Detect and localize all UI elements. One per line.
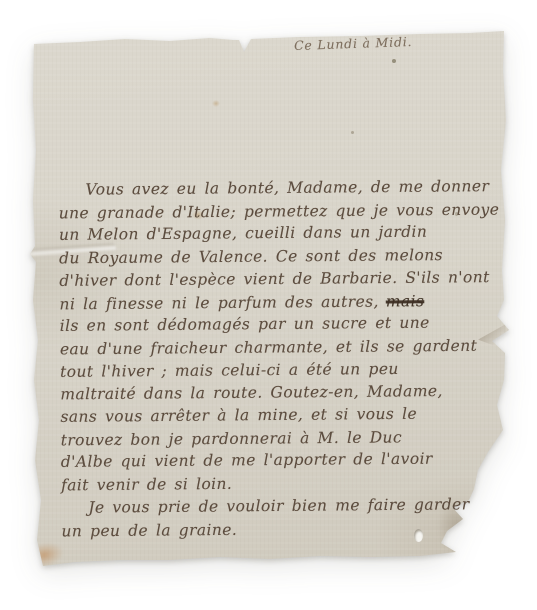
fold-crease bbox=[28, 243, 116, 258]
ink-speck bbox=[455, 212, 458, 216]
torn-corner-shadow bbox=[438, 500, 476, 552]
edge-tear-shadow bbox=[478, 324, 506, 350]
corner-stain bbox=[22, 539, 66, 571]
photo-canvas: Ce Lundi à Midi. Vous avez eu la bonté, … bbox=[0, 0, 537, 610]
foxing-spot bbox=[192, 210, 204, 220]
ink-speck bbox=[392, 59, 396, 63]
ink-speck bbox=[351, 131, 354, 134]
paper-hole bbox=[414, 529, 423, 542]
paper-shadow bbox=[0, 0, 537, 610]
ink-speck bbox=[128, 302, 131, 305]
letter-paper bbox=[0, 0, 537, 610]
foxing-spot bbox=[212, 100, 220, 107]
